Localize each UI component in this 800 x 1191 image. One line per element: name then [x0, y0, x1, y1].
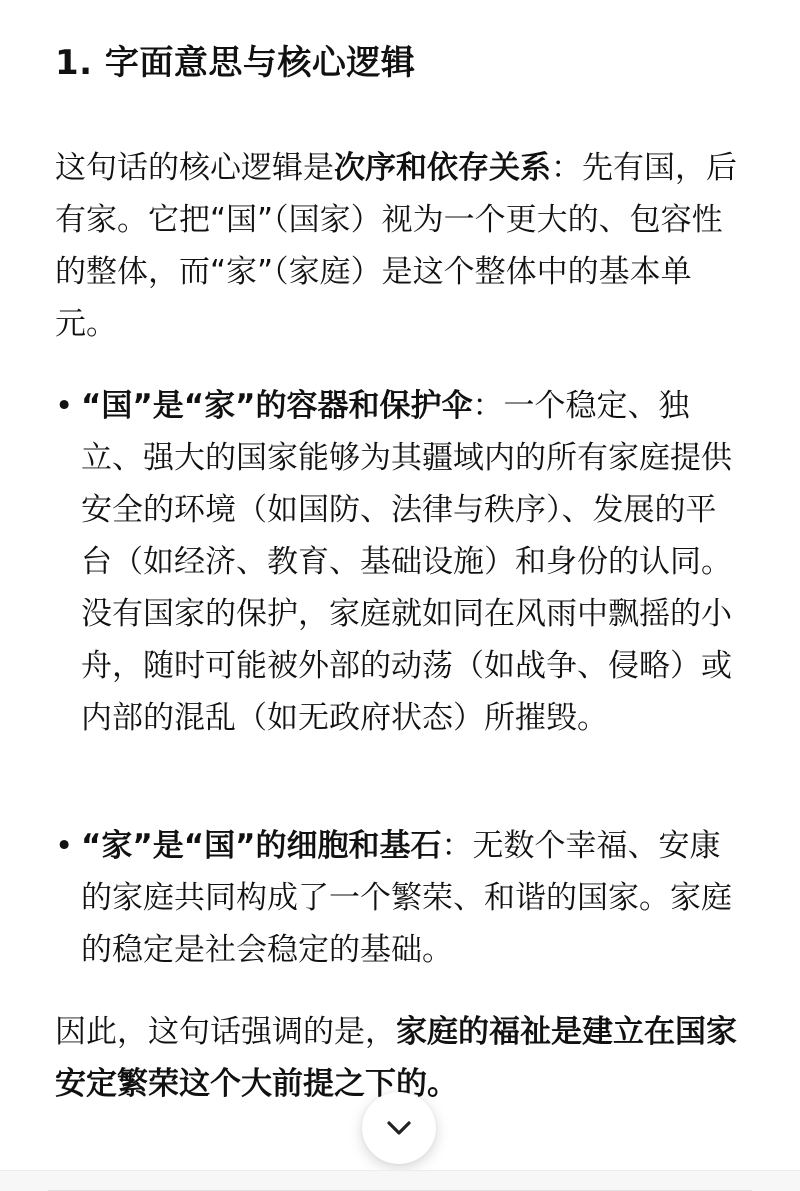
bullet-body: ：一个稳定、独立、强大的国家能够为其疆域内的所有家庭提供安全的环境（如国防、法律…: [81, 388, 732, 736]
intro-prefix: 这句话的核心逻辑是: [55, 150, 334, 186]
chevron-down-icon: [386, 1120, 412, 1136]
scroll-to-bottom-button[interactable]: [362, 1092, 436, 1164]
bullet-title: “国”是“家”的容器和保护伞: [81, 388, 473, 424]
bullet-text: “家”是“国”的细胞和基石：无数个幸福、安康的家庭共同构成了一个繁荣、和谐的国家…: [81, 820, 747, 976]
bottom-input-bar: [0, 1170, 800, 1191]
section-heading: 1. 字面意思与核心逻辑: [55, 40, 415, 86]
bullet-title: “家”是“国”的细胞和基石: [81, 828, 442, 864]
bullet-dot-icon: •: [55, 820, 79, 872]
conclusion-prefix: 因此，这句话强调的是，: [55, 1014, 396, 1050]
intro-emphasis: 次序和依存关系: [334, 150, 551, 186]
intro-paragraph: 这句话的核心逻辑是次序和依存关系：先有国，后有家。它把“国”（国家）视为一个更大…: [55, 142, 747, 350]
bullet-text: “国”是“家”的容器和保护伞：一个稳定、独立、强大的国家能够为其疆域内的所有家庭…: [81, 380, 747, 744]
bullet-dot-icon: •: [55, 380, 79, 432]
